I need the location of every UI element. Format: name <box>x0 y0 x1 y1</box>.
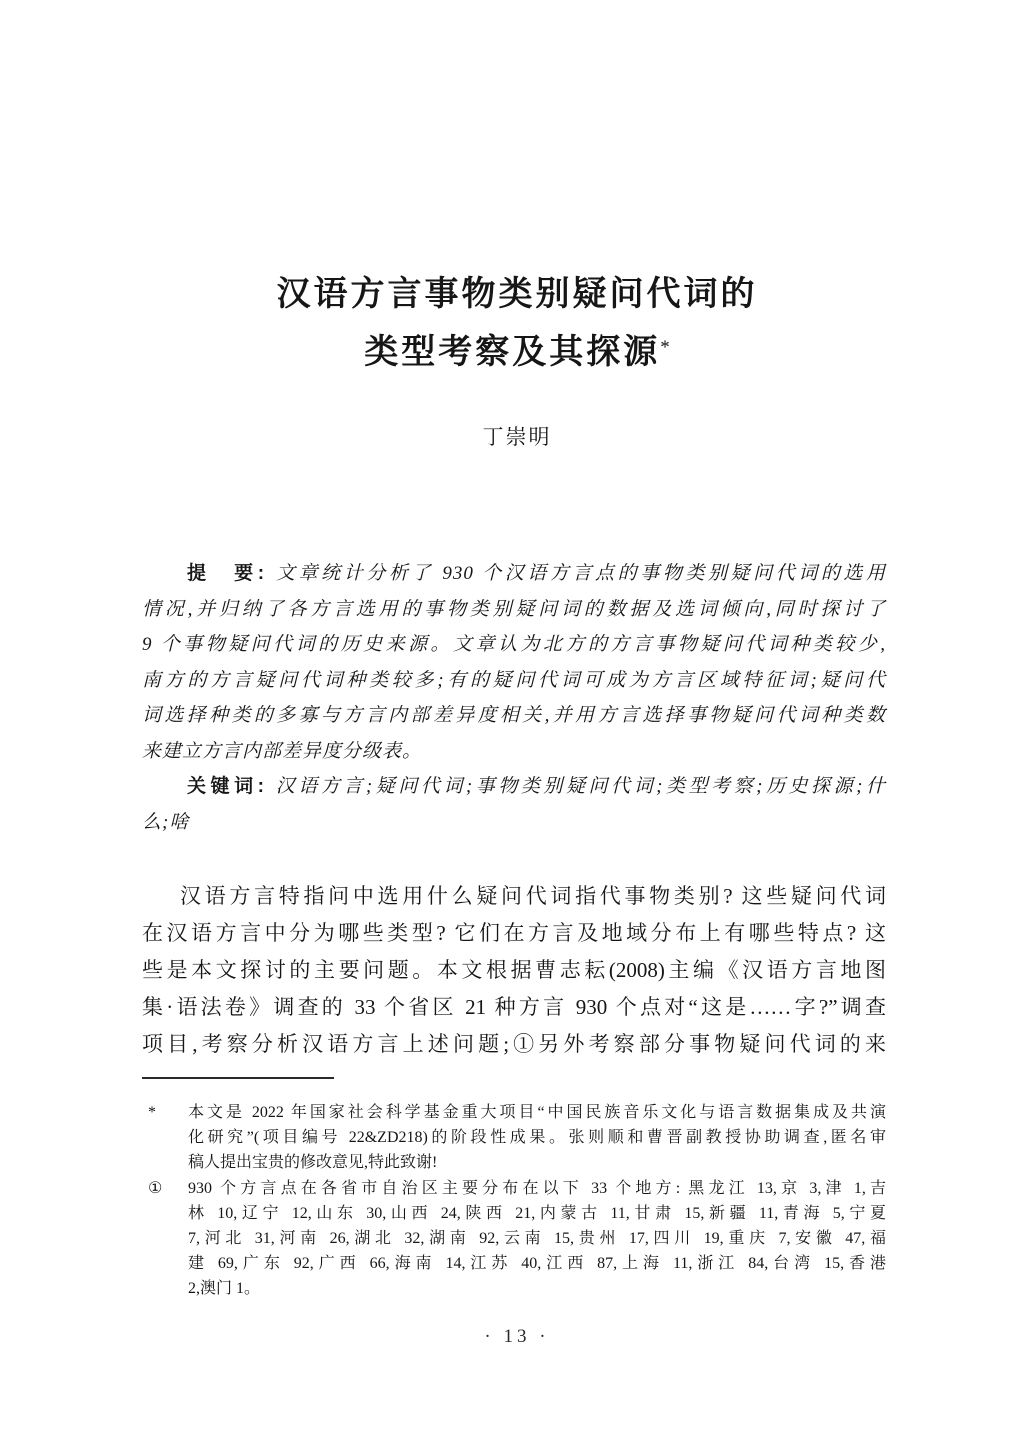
footnote-text-line: 930 个方言点在各省市自治区主要分布在以下 33 个地方: 黑龙江 13,京 … <box>188 1176 886 1201</box>
footnote-text-line: 稿人提出宝贵的修改意见,特此致谢! <box>188 1150 886 1175</box>
footnote-text-line: 2,澳门 1。 <box>188 1276 886 1301</box>
footnote-marker: ① <box>142 1176 188 1302</box>
paper-page: 汉语方言事物类别疑问代词的 类型考察及其探源* 丁崇明 提 要: 文章统计分析了… <box>0 0 1034 1447</box>
paper-title-line2: 类型考察及其探源 <box>364 334 660 371</box>
keywords-line: 么;啥 <box>142 805 886 841</box>
footnotes-section: * 本文是 2022 年国家社会科学基金重大项目“中国民族音乐文化与语言数据集成… <box>142 1100 886 1302</box>
body-line: 汉语方言特指问中选用什么疑问代词指代事物类别? 这些疑问代词 <box>142 878 886 915</box>
abstract-text: 文章统计分析了 930 个汉语方言点的事物类别疑问代词的选用 <box>276 563 886 584</box>
footnote-text: 930 个方言点在各省市自治区主要分布在以下 33 个地方: 黑龙江 13,京 … <box>188 1176 886 1302</box>
abstract-label: 提 要: <box>187 563 276 584</box>
body-paragraph: 汉语方言特指问中选用什么疑问代词指代事物类别? 这些疑问代词 在汉语方言中分为哪… <box>142 878 886 1063</box>
footnote-text-line: 化研究”(项目编号 22&ZD218)的阶段性成果。张则顺和曹晋副教授协助调查,… <box>188 1125 886 1150</box>
keywords-text: 汉语方言;疑问代词;事物类别疑问代词;类型考察;历史探源;什 <box>276 776 886 797</box>
body-line: 在汉语方言中分为哪些类型? 它们在方言及地域分布上有哪些特点? 这 <box>142 915 886 952</box>
footnote-text-line: 林 10,辽宁 12,山东 30,山西 24,陕西 21,内蒙古 11,甘肃 1… <box>188 1201 886 1226</box>
footnote-text-line: 建 69,广东 92,广西 66,海南 14,江苏 40,江西 87,上海 11… <box>188 1251 886 1276</box>
footnote-text: 本文是 2022 年国家社会科学基金重大项目“中国民族音乐文化与语言数据集成及共… <box>188 1100 886 1176</box>
abstract-section: 提 要: 文章统计分析了 930 个汉语方言点的事物类别疑问代词的选用 情况,并… <box>142 556 886 840</box>
footnote-divider <box>142 1077 334 1079</box>
title-footnote-asterisk: * <box>660 337 670 358</box>
footnote-item: ① 930 个方言点在各省市自治区主要分布在以下 33 个地方: 黑龙江 13,… <box>142 1176 886 1302</box>
paper-title: 汉语方言事物类别疑问代词的 类型考察及其探源* <box>0 268 1034 379</box>
footnote-text-line: 本文是 2022 年国家社会科学基金重大项目“中国民族音乐文化与语言数据集成及共… <box>188 1100 886 1125</box>
footnote-item: * 本文是 2022 年国家社会科学基金重大项目“中国民族音乐文化与语言数据集成… <box>142 1100 886 1176</box>
abstract-line: 来建立方言内部差异度分级表。 <box>142 734 886 770</box>
footnote-marker: * <box>142 1100 188 1176</box>
paper-title-line1: 汉语方言事物类别疑问代词的 <box>277 276 758 313</box>
footnote-text-line: 7,河北 31,河南 26,湖北 32,湖南 92,云南 15,贵州 17,四川… <box>188 1226 886 1251</box>
body-line: 项目,考察分析汉语方言上述问题;①另外考察部分事物疑问代词的来 <box>142 1026 886 1063</box>
abstract-line: 南方的方言疑问代词种类较多;有的疑问代词可成为方言区域特征词;疑问代 <box>142 663 886 699</box>
body-line: 集·语法卷》调查的 33 个省区 21 种方言 930 个点对“这是……字?”调… <box>142 989 886 1026</box>
abstract-line: 9 个事物疑问代词的历史来源。文章认为北方的方言事物疑问代词种类较少, <box>142 627 886 663</box>
keywords-label: 关键词: <box>187 776 276 797</box>
author-name: 丁崇明 <box>0 424 1034 450</box>
abstract-line: 提 要: 文章统计分析了 930 个汉语方言点的事物类别疑问代词的选用 <box>142 556 886 592</box>
abstract-line: 词选择种类的多寡与方言内部差异度相关,并用方言选择事物疑问代词种类数 <box>142 698 886 734</box>
page-number: · 13 · <box>0 1326 1034 1348</box>
keywords-line: 关键词: 汉语方言;疑问代词;事物类别疑问代词;类型考察;历史探源;什 <box>142 769 886 805</box>
body-line: 些是本文探讨的主要问题。本文根据曹志耘(2008)主编《汉语方言地图 <box>142 952 886 989</box>
abstract-line: 情况,并归纳了各方言选用的事物类别疑问词的数据及选词倾向,同时探讨了 <box>142 592 886 628</box>
